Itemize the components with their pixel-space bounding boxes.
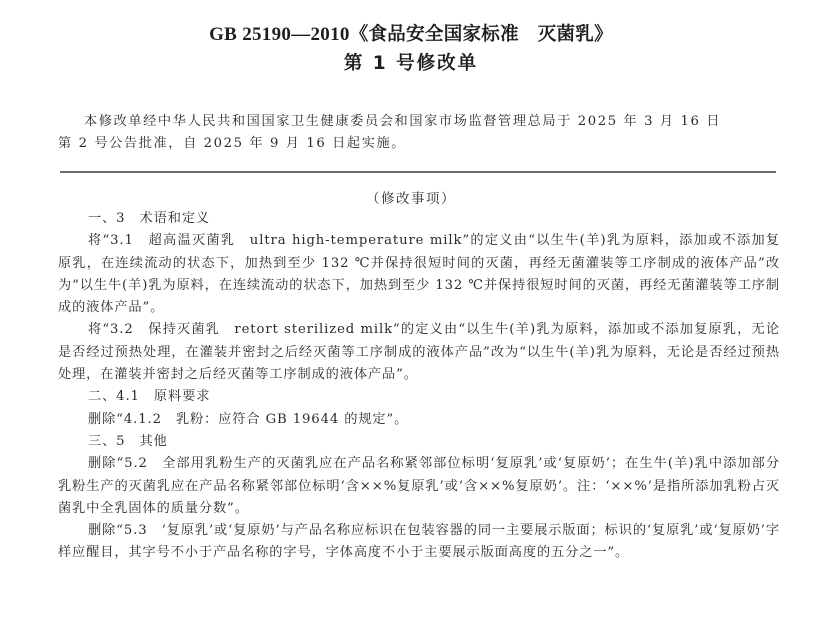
standard-code: GB 25190—2010	[209, 24, 350, 45]
document-title-block: GB 25190—2010《食品安全国家标准 灭菌乳》 第 1 号修改单	[0, 22, 822, 78]
amendment-paragraph-3-1: 将“3.1 超高温灭菌乳 ultra high-temperature milk…	[58, 230, 780, 319]
document-title: GB 25190—2010《食品安全国家标准 灭菌乳》	[0, 22, 822, 48]
horizontal-divider	[60, 171, 776, 173]
amendment-paragraph-3-2: 将“3.2 保持灭菌乳 retort sterilized milk”的定义由“…	[58, 319, 780, 386]
amendment-subtitle: 第 1 号修改单	[0, 50, 822, 78]
approval-line-1: 本修改单经中华人民共和国国家卫生健康委员会和国家市场监督管理总局于 2025 年…	[58, 111, 778, 133]
amendment-items: 一、3 术语和定义 将“3.1 超高温灭菌乳 ultra high-temper…	[58, 208, 780, 565]
section-caption: （修改事项）	[0, 187, 822, 207]
approval-line-2: 第 2 号公告批准，自 2025 年 9 月 16 日起实施。	[58, 133, 778, 155]
item-heading-terms: 一、3 术语和定义	[58, 208, 780, 230]
standard-name: 《食品安全国家标准 灭菌乳》	[350, 24, 613, 45]
amendment-paragraph-5-3: 删除“5.3 ‘复原乳’或‘复原奶’与产品名称应标识在包装容器的同一主要展示版面…	[58, 520, 780, 565]
amendment-paragraph-4-1-2: 删除“4.1.2 乳粉：应符合 GB 19644 的规定”。	[58, 409, 780, 431]
item-heading-raw-materials: 二、4.1 原料要求	[58, 386, 780, 408]
approval-statement: 本修改单经中华人民共和国国家卫生健康委员会和国家市场监督管理总局于 2025 年…	[58, 111, 778, 155]
amendment-paragraph-5-2: 删除“5.2 全部用乳粉生产的灭菌乳应在产品名称紧邻部位标明‘复原乳’或‘复原奶…	[58, 453, 780, 520]
item-heading-others: 三、5 其他	[58, 431, 780, 453]
